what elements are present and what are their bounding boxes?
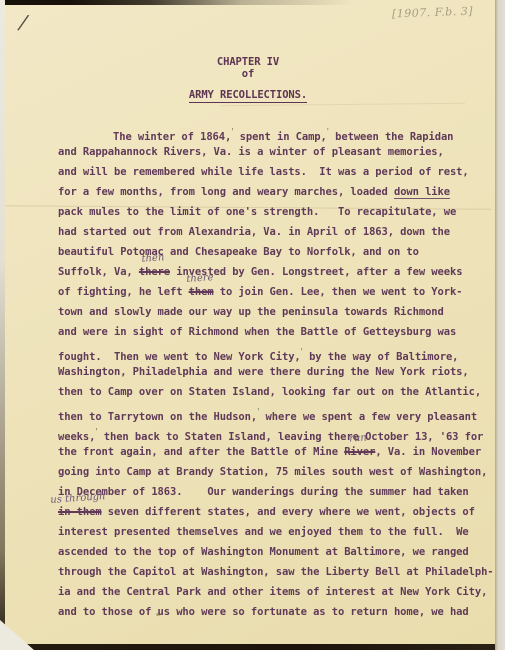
- scanned-manuscript-page: / [1907. F.b. 3] CHAPTER IV of ARMY RECO…: [0, 0, 505, 650]
- typed-text: the front again, and after the Battle of…: [58, 446, 344, 458]
- typed-line: beautiful Potomac and Chesapeake Bay to …: [58, 242, 498, 262]
- typed-text: then to Tarrytown on the Hudson,: [58, 411, 257, 423]
- typed-text: in December of 1863. Our wanderings duri…: [58, 486, 469, 498]
- typed-line: then to Tarrytown on the Hudson,' where …: [58, 402, 498, 422]
- typed-text: seven different states, and every where …: [102, 506, 475, 518]
- chapter-of: of: [58, 68, 438, 80]
- typed-line: ia and the Central Park and other items …: [58, 582, 498, 602]
- handwritten-correction: then: [141, 253, 164, 265]
- typed-text: pack mules to the limit of one's strengt…: [58, 206, 456, 218]
- chapter-number: CHAPTER IV: [58, 56, 438, 68]
- typed-text: and will be remembered while life lasts.…: [58, 166, 469, 178]
- typed-text: going into Camp at Brandy Station, 75 mi…: [58, 466, 487, 478]
- typed-text: interest presented themselves and we enj…: [58, 526, 469, 538]
- typed-text: by the way of Baltimore,: [303, 351, 459, 363]
- typed-line: and will be remembered while life lasts.…: [58, 162, 498, 182]
- typed-line: the front again, and after the Battle of…: [58, 442, 498, 462]
- typed-text: of fighting, he left: [58, 286, 189, 298]
- typed-line: Suffolk, Va, therethen invested by Gen. …: [58, 262, 498, 282]
- typed-text: fought. Then we went to New York City,: [58, 351, 301, 363]
- typed-line: in December of 1863. Our wanderings duri…: [58, 482, 498, 502]
- handwritten-correction: run: [349, 433, 367, 444]
- typed-text: town and slowly made our way up the peni…: [58, 306, 444, 318]
- typed-text: ascended to the top of Washington Monume…: [58, 546, 469, 558]
- struck-word: therethen: [139, 266, 170, 278]
- scan-edge-left: [0, 0, 5, 650]
- typed-text: spent in Camp,: [233, 131, 326, 143]
- scan-edge-top: [0, 0, 505, 5]
- typed-text: Suffolk, Va,: [58, 266, 139, 278]
- typed-line: weeks,' then back to Staten Island, leav…: [58, 422, 498, 442]
- book-title-underlined: ARMY RECOLLECTIONS.: [189, 89, 307, 103]
- typed-text: to join Gen. Lee, then we went to York-: [214, 286, 463, 298]
- typed-text: ia and the Central Park and other items …: [58, 586, 487, 598]
- typed-line: fought. Then we went to New York City,' …: [58, 342, 498, 362]
- typed-line: of fighting, he left themthere to join G…: [58, 282, 498, 302]
- typed-text: The winter of 1864,: [113, 131, 231, 143]
- typed-line: pack mules to the limit of one's strengt…: [58, 202, 498, 222]
- typed-line: and were in sight of Richmond when the B…: [58, 322, 498, 342]
- typed-text: weeks,: [58, 431, 95, 443]
- typed-line: The winter of 1864,' spent in Camp,' bet…: [58, 122, 498, 142]
- typed-text: for a few months, from long and weary ma…: [58, 186, 394, 198]
- chapter-heading: CHAPTER IV of ARMY RECOLLECTIONS.: [58, 56, 438, 103]
- typed-text: where we spent a few very pleasant: [259, 411, 477, 423]
- typed-text: and Rappahannock Rivers, Va. is a winter…: [58, 146, 444, 158]
- typed-text: invested by Gen. Longstreet, after a few…: [170, 266, 462, 278]
- handwritten-correction: us through: [50, 492, 106, 506]
- struck-word: themthere: [189, 286, 214, 298]
- typed-text: between the Rapidan: [329, 131, 453, 143]
- scan-edge-bottom: [0, 644, 505, 650]
- typed-line: for a few months, from long and weary ma…: [58, 182, 498, 202]
- typed-line: through the Capitol at Washington, saw t…: [58, 562, 498, 582]
- typed-line: interest presented themselves and we enj…: [58, 522, 498, 542]
- clipped-corner: [0, 620, 34, 650]
- typed-line: had started out from Alexandria, Va. in …: [58, 222, 498, 242]
- typed-body-text: The winter of 1864,' spent in Camp,' bet…: [58, 122, 498, 622]
- typed-text: beautiful Potomac and Chesapeake Bay to …: [58, 246, 419, 258]
- typed-line: Washington, Philadelphia and were there …: [58, 362, 498, 382]
- typed-text: then back to Staten Island, leaving ther…: [98, 431, 484, 443]
- typed-text: then to Camp over on Staten Island, look…: [58, 386, 481, 398]
- typed-text: through the Capitol at Washington, saw t…: [58, 566, 494, 578]
- typed-line: in themus through seven different states…: [58, 502, 498, 522]
- scan-edge-right: [495, 0, 505, 650]
- typed-text: and were in sight of Richmond when the B…: [58, 326, 456, 338]
- typed-text: , Va. in November: [375, 446, 481, 458]
- typed-text: and to those of us who were so fortunate…: [58, 606, 469, 618]
- typed-line: and Rappahannock Rivers, Va. is a winter…: [58, 142, 498, 162]
- handwritten-correction: there: [186, 273, 214, 285]
- underlined-text: down like: [394, 186, 450, 199]
- struck-word: in themus through: [58, 506, 102, 518]
- struck-word: Riverrun: [344, 446, 375, 458]
- typed-text: Washington, Philadelphia and were there …: [58, 366, 469, 378]
- typed-text: had started out from Alexandria, Va. in …: [58, 226, 450, 238]
- typed-line: town and slowly made our way up the peni…: [58, 302, 498, 322]
- typed-line: going into Camp at Brandy Station, 75 mi…: [58, 462, 498, 482]
- typed-line: ascended to the top of Washington Monume…: [58, 542, 498, 562]
- typed-line: then to Camp over on Staten Island, look…: [58, 382, 498, 402]
- typed-line: and to those of us who were so fortunate…: [58, 602, 498, 622]
